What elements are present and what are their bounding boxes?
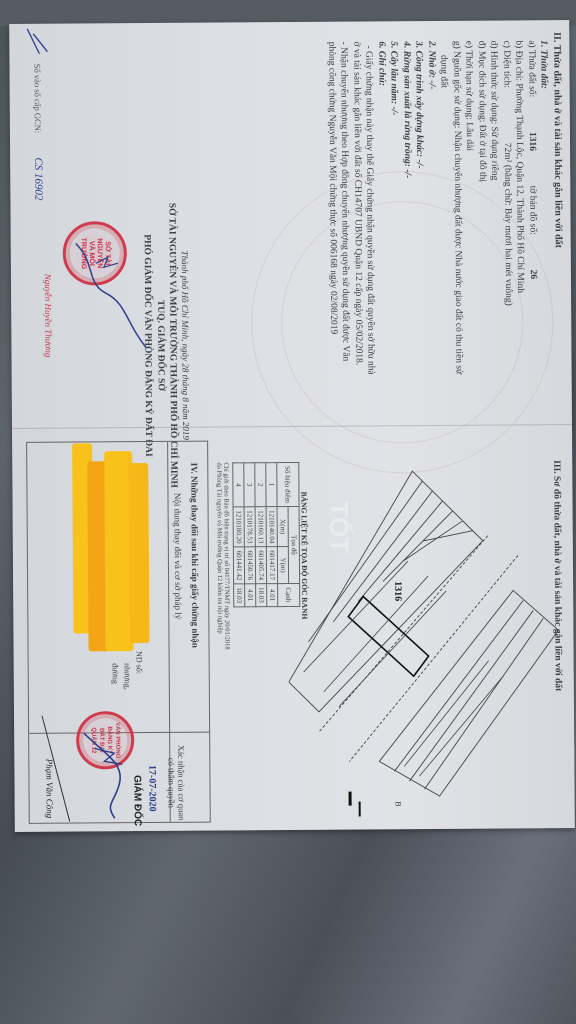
- parcel-number-label: a) Thửa đất số:: [526, 40, 536, 97]
- notes-heading: 6. Ghi chú:: [375, 33, 390, 374]
- fragment-duong: đường: [111, 663, 120, 684]
- table-cell: 601405.74: [255, 547, 266, 584]
- parcel-number-value: 1316: [527, 132, 537, 151]
- section-iv-title: IV. Những thay đổi sau khi cấp giấy chứn…: [188, 463, 202, 648]
- col-point: Số hiệu điểm: [277, 462, 299, 506]
- table-cell: 601441.42: [233, 547, 244, 584]
- redaction-mark: [128, 463, 149, 643]
- table-row: 21210160.13601405.7418.03: [255, 463, 267, 607]
- north-arrow-label: B: [394, 801, 403, 806]
- register-label: Số vào sổ cấp GCN:: [32, 64, 42, 133]
- north-arrow-icon: [349, 792, 352, 806]
- land-certificate-page: II. Thửa đất, nhà ở và tài sản khác gắn …: [9, 20, 575, 832]
- coordinate-table-block: BẢNG LIỆT KÊ TỌA ĐỘ GÓC RANH Số hiệu điể…: [215, 462, 309, 650]
- map-sheet-label: tờ bản đồ số:: [527, 186, 537, 235]
- section-iv-col2-header: Xác nhận của cơ quan có thẩm quyền: [166, 743, 187, 823]
- table-cell: 601417.17: [266, 547, 277, 584]
- note-line-4: phòng công chứng Nguyễn Văn Mội chứng th…: [325, 34, 340, 375]
- table-cell: 4.01: [267, 584, 278, 607]
- parcel-map-label: 1316: [392, 581, 403, 601]
- coordinate-note-2: do Phòng Tài nguyên và Môi trường Quận 1…: [215, 462, 223, 649]
- parcel-number-row: a) Thửa đất số: 1316 tờ bản đồ số: 26: [525, 32, 540, 373]
- fragment-nd-so: ND số:: [135, 651, 144, 674]
- table-cell: 2: [255, 463, 266, 507]
- table-cell: 1: [266, 463, 277, 507]
- coordinate-note-1: Chỉ giới theo Bản đồ hiện trạng vị trí s…: [222, 462, 230, 649]
- table-cell: 4: [233, 463, 244, 507]
- register-value: CS 16902: [32, 157, 44, 200]
- initials-signature: [19, 24, 59, 64]
- table-cell: 18.03: [234, 584, 245, 607]
- coordinate-table: Số hiệu điểm Tọa độ Cạnh X(m) Y(m) 11210…: [232, 462, 300, 607]
- change-signature: [74, 723, 155, 824]
- col-y: Y(m): [277, 547, 288, 584]
- signature-blue: [66, 223, 157, 354]
- area-row: c) Diện tích: 72m² (bằng chữ: Bảy mươi h…: [500, 32, 515, 373]
- table-cell: 3: [244, 463, 255, 507]
- table-cell: 1210140.04: [266, 507, 277, 547]
- table-row: 31210178.53601450.764.01: [244, 463, 256, 607]
- fragment-nhuong: nhượng,: [123, 663, 132, 690]
- house-item: 2. Nhà ở: -/-: [425, 33, 440, 374]
- forest-item: 4. Rừng sản xuất là rừng trồng: -/-: [400, 33, 415, 374]
- section-ii: II. Thửa đất, nhà ở và tài sản khác gắn …: [325, 32, 565, 375]
- section-ii-title: II. Thửa đất, nhà ở và tài sản khác gắn …: [550, 32, 565, 373]
- table-cell: 1210180.20: [233, 507, 244, 547]
- area-label: c) Diện tích:: [501, 40, 511, 88]
- table-cell: 601450.76: [244, 547, 255, 584]
- area-value: 72m² (bằng chữ: Bảy mươi hai mét vuông): [502, 143, 513, 306]
- signer-name: Nguyễn Huyền Thương: [43, 274, 54, 358]
- section-iv-col1-header: Nội dung thay đổi và cơ sở pháp lý: [172, 493, 183, 620]
- usage-origin: g) Nguồn gốc sử dụng: Nhận chuyển nhượng…: [450, 33, 465, 374]
- register-number-row: Số vào sổ cấp GCN: CS 16902: [31, 64, 44, 201]
- table-row: 41210180.20601441.4218.03: [233, 463, 245, 607]
- col-x: X(m): [277, 506, 288, 546]
- col-edge: Cạnh: [278, 583, 300, 606]
- col-group-coords: Tọa độ: [288, 506, 300, 583]
- section-iv-heading-block: IV. Những thay đổi sau khi cấp giấy chứn…: [188, 463, 202, 648]
- table-cell: 4.01: [245, 584, 256, 607]
- usage-purpose: đ) Mục đích sử dụng: Đất ở tại đô thị: [475, 33, 490, 374]
- map-sheet-value: 26: [528, 270, 538, 280]
- table-cell: 1210160.13: [255, 507, 266, 547]
- note-line-2: ở và tài sản khác gắn liền với đất số CH…: [350, 33, 365, 374]
- coordinate-table-title: BẢNG LIỆT KÊ TỌA ĐỘ GÓC RANH: [299, 462, 309, 649]
- table-cell: 1210178.53: [244, 507, 255, 547]
- table-cell: 18.03: [256, 584, 267, 607]
- table-row: 11210140.04601417.174.01: [266, 463, 278, 607]
- signer-underline: [34, 714, 75, 824]
- watermark-logo: TỐT: [323, 501, 354, 553]
